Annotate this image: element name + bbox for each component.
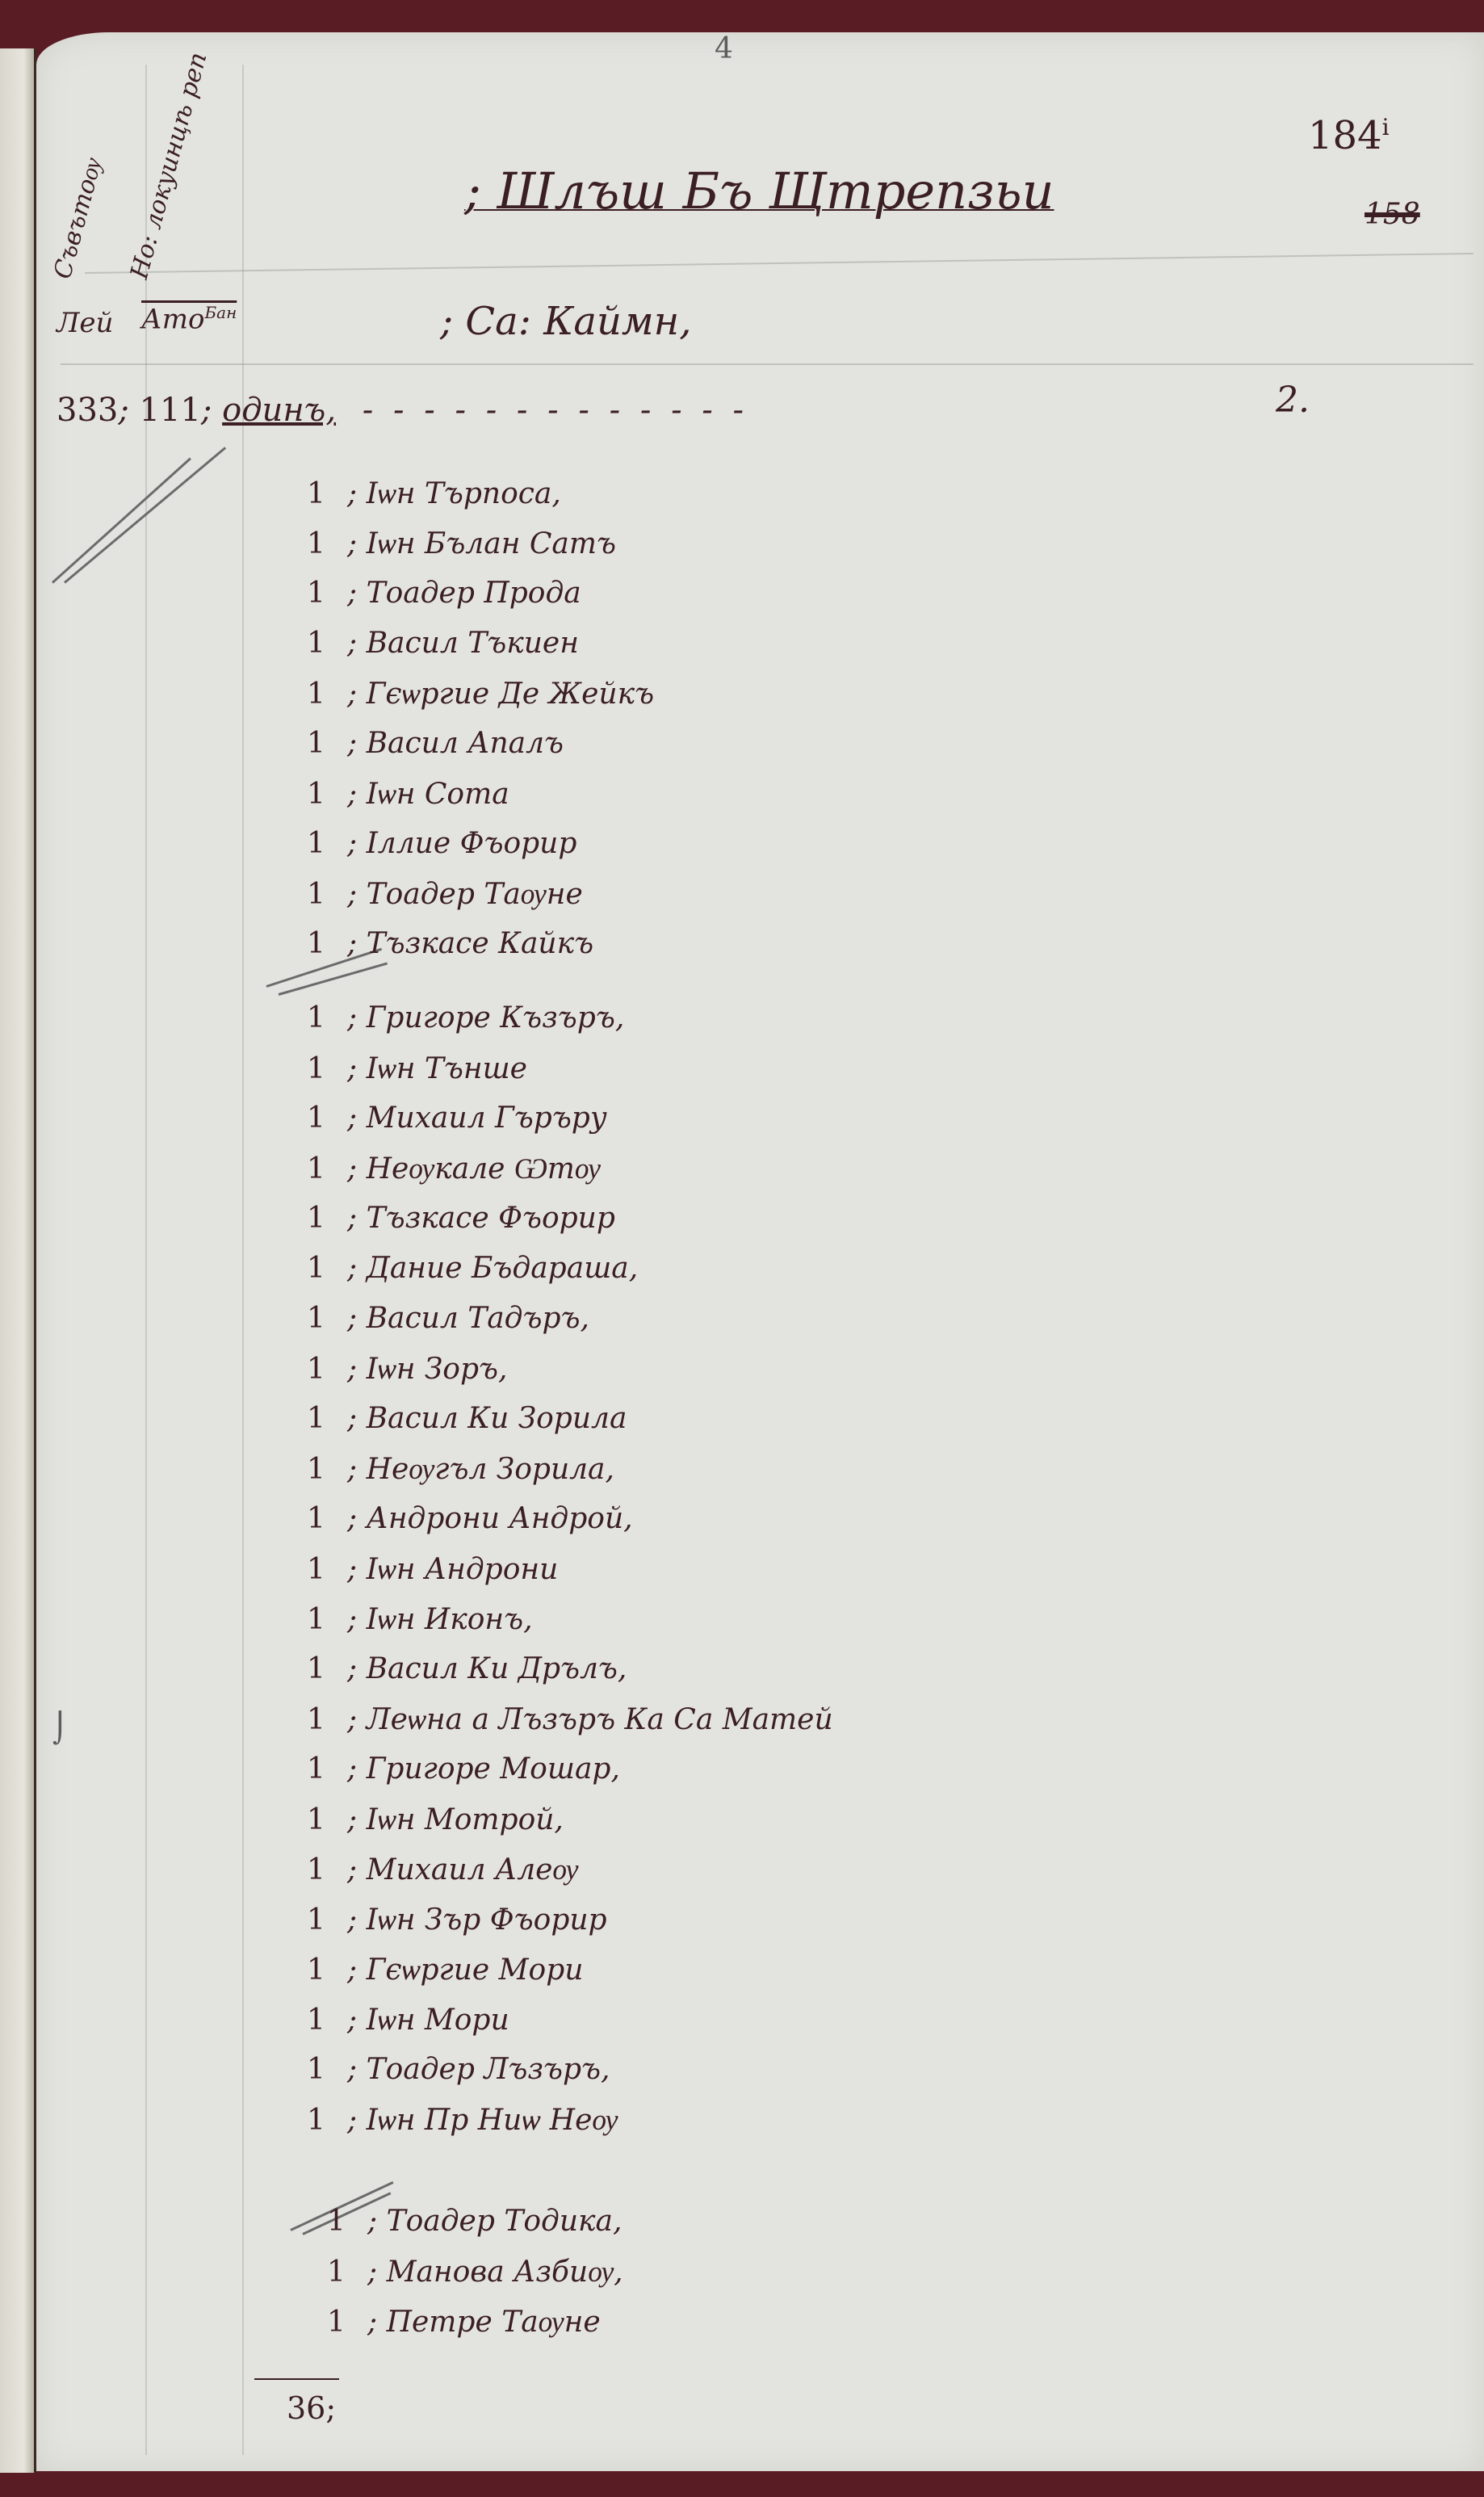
right-total: 111 (140, 392, 201, 429)
list-item: 1; Іѡн Мори (307, 2003, 509, 2037)
pencil-page-number: 4 (715, 32, 733, 65)
sum-rule (254, 2378, 339, 2380)
list-item: 1; Гєѡргие Мори (307, 1953, 583, 1987)
sum-total: 36; (287, 2390, 336, 2426)
adjacent-page-edge (0, 48, 36, 2497)
folio-number: 184i (1308, 113, 1390, 158)
page-subtitle: ; Са: Каймн, (440, 299, 692, 344)
cloth-background-bottom (0, 2473, 1484, 2497)
list-item: 1; Михаил Гъръру (307, 1102, 607, 1135)
list-item: 1; Іѡн Бълан Сатъ (307, 527, 616, 560)
margin-label-2-sup: Бан (204, 303, 237, 322)
list-item: 1; Дание Бъдараша, (307, 1252, 638, 1285)
margin-header-vertical-1: Съвътоѹ (48, 155, 108, 282)
list-item: 1; Григоре Къзъръ, (307, 1001, 624, 1034)
list-item: 1; Тъзкасе Фъорир (307, 1202, 615, 1235)
list-item: 1; Тоадер Лъзъръ, (307, 2053, 610, 2086)
list-item: 1; Неѹгъл Зорила, (307, 1452, 614, 1486)
list-item: 1; Іѡн Мотрой, (307, 1802, 564, 1836)
list-item: 1; Леѡна а Лъзъръ Ка Са Матей (307, 1702, 833, 1736)
margin-label-1: Лей (57, 307, 113, 339)
header-end-mark: 2. (1276, 380, 1310, 421)
folio-struck-out: 158 (1365, 198, 1420, 231)
ruled-line-top (85, 253, 1474, 274)
list-item: 1; Тъзкасе Кайкъ (307, 927, 593, 960)
pencil-margin-mark: ⌡ (52, 1712, 68, 1745)
pencil-slash-1 (52, 457, 191, 583)
list-item: 1; Петре Таѹне (327, 2305, 601, 2339)
list-item: 1; Григоре Мошар, (307, 1752, 620, 1786)
list-item: 1; Тоадер Таѹне (307, 877, 583, 911)
pencil-slash-2b (279, 962, 388, 995)
list-item: 1; Іѡн Андрони (307, 1552, 558, 1586)
folio-superscript: i (1382, 114, 1390, 141)
list-item: 1; Васил Ки Дрълъ, (307, 1652, 627, 1685)
list-item: 1; Манова Азбиѹ, (327, 2255, 623, 2289)
header-row: 333; 111; одинъ, - - - - - - - - - - - -… (57, 392, 748, 429)
header-dashes: - - - - - - - - - - - - - (363, 392, 748, 429)
list-item: 1; Тоадер Тодика, (327, 2205, 622, 2238)
list-item: 1; Андрони Андрой, (307, 1502, 633, 1535)
list-item: 1; Тоадер Прода (307, 577, 581, 610)
list-item: 1; Іѡн Зър Фъорир (307, 1903, 607, 1937)
list-item: 1; Неѹкале Ѡтѹ (307, 1152, 601, 1186)
margin-label-2-text: Ато (141, 303, 204, 335)
margin-label-2: АтоБан (141, 303, 237, 335)
list-item: 1; Гєѡргие Де Жейкъ (307, 677, 654, 711)
margin-header-vertical-2: Но: локуинцѣ реп (125, 49, 213, 282)
folio-number-value: 184 (1308, 113, 1382, 158)
ruled-line-header (61, 363, 1474, 365)
list-item: 1; Іѡн Зоръ, (307, 1352, 507, 1386)
list-item: 1; Васил Ки Зорила (307, 1402, 627, 1435)
manuscript-page: 4 184i 158 Съвътоѹ Но: локуинцѣ реп Лей … (36, 32, 1484, 2471)
left-total: 333 (57, 392, 118, 429)
header-label: одинъ, (222, 392, 336, 429)
list-item: 1; Іѡн Тънше (307, 1051, 527, 1085)
list-item: 1; Михаил Алеѹ (307, 1853, 578, 1886)
page-title: ; Шлъш Бъ Щтрепзьи (464, 162, 1054, 220)
list-item: 1; Васил Апалъ (307, 727, 564, 760)
list-item: 1; Іѡн Пр Ниѡ Неѹ (307, 2103, 618, 2137)
list-item: 1; Васил Тадъръ, (307, 1302, 589, 1335)
list-item: 1; Іѡн Търпоса, (307, 476, 561, 510)
list-item: 1; Васил Тъкиен (307, 627, 579, 660)
list-item: 1; Іллие Фъорир (307, 827, 576, 860)
list-item: 1; Іѡн Сота (307, 777, 509, 811)
list-item: 1; Іѡн Иконъ, (307, 1602, 533, 1636)
